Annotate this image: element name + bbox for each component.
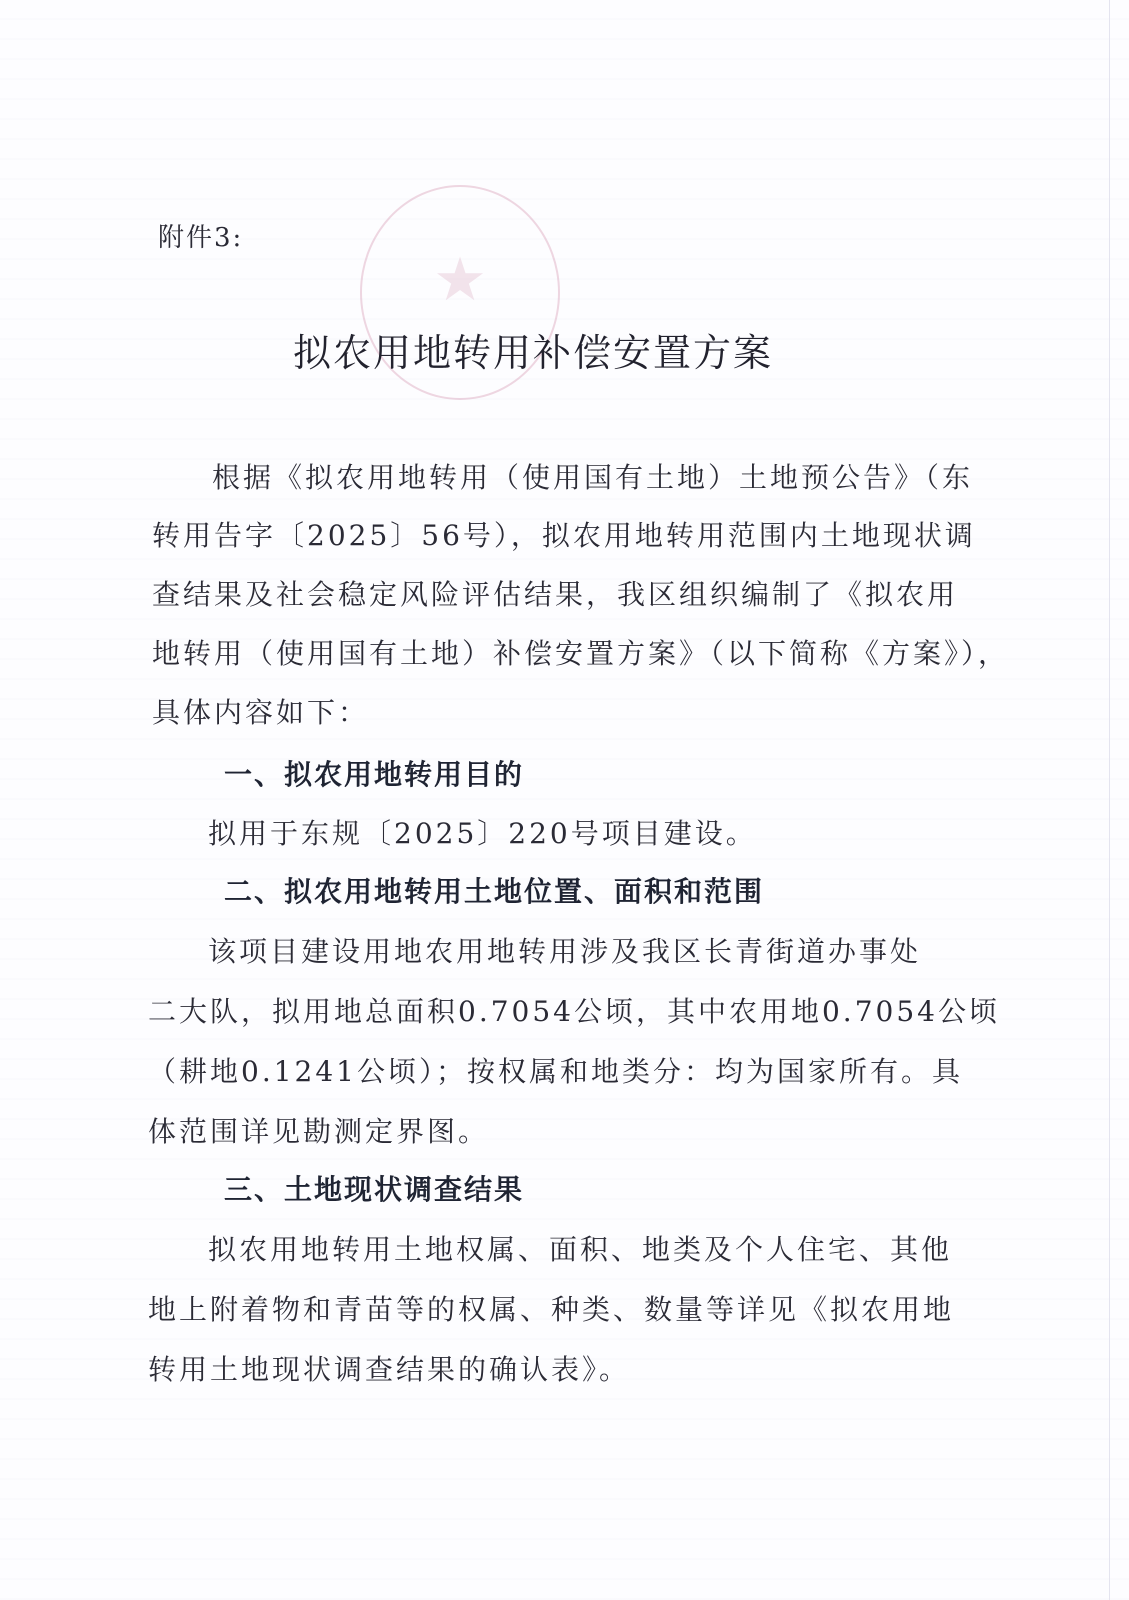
section-1-heading: 一、拟农用地转用目的 bbox=[224, 757, 524, 793]
seal-star-icon: ★ bbox=[430, 250, 490, 310]
document-page: ★ 附件3: 拟农用地转用补偿安置方案 根据《拟农用地转用（使用国有土地）土地预… bbox=[0, 0, 1129, 1600]
intro-line-5: 具体内容如下： bbox=[152, 695, 369, 731]
intro-line-4: 地转用（使用国有土地）补偿安置方案》（以下简称《方案》）， bbox=[152, 636, 1009, 672]
section-2-line-4: 体范围详见勘测定界图。 bbox=[148, 1114, 489, 1150]
section-1-line-1: 拟用于东规〔2025〕220号项目建设。 bbox=[208, 816, 757, 852]
section-2-heading: 二、拟农用地转用土地位置、面积和范围 bbox=[224, 874, 764, 910]
intro-line-1: 根据《拟农用地转用（使用国有土地）土地预公告》（东 bbox=[212, 460, 973, 496]
section-2-line-2: 二大队，拟用地总面积0.7054公顷，其中农用地0.7054公顷 bbox=[148, 994, 1000, 1030]
document-title: 拟农用地转用补偿安置方案 bbox=[293, 330, 773, 376]
section-3-line-1: 拟农用地转用土地权属、面积、地类及个人住宅、其他 bbox=[208, 1232, 952, 1268]
section-3-line-2: 地上附着物和青苗等的权属、种类、数量等详见《拟农用地 bbox=[148, 1292, 954, 1328]
section-2-line-3: （耕地0.1241公顷）；按权属和地类分：均为国家所有。具 bbox=[148, 1054, 963, 1090]
scan-edge-line bbox=[1109, 0, 1110, 1600]
section-3-heading: 三、土地现状调查结果 bbox=[224, 1172, 524, 1208]
intro-line-2: 转用告字〔2025〕56号），拟农用地转用范围内土地现状调 bbox=[152, 518, 976, 554]
section-2-line-1: 该项目建设用地农用地转用涉及我区长青街道办事处 bbox=[208, 934, 921, 970]
intro-line-3: 查结果及社会稳定风险评估结果，我区组织编制了《拟农用 bbox=[152, 577, 958, 613]
attachment-label: 附件3: bbox=[158, 220, 243, 256]
section-3-line-3: 转用土地现状调查结果的确认表》。 bbox=[148, 1352, 630, 1388]
